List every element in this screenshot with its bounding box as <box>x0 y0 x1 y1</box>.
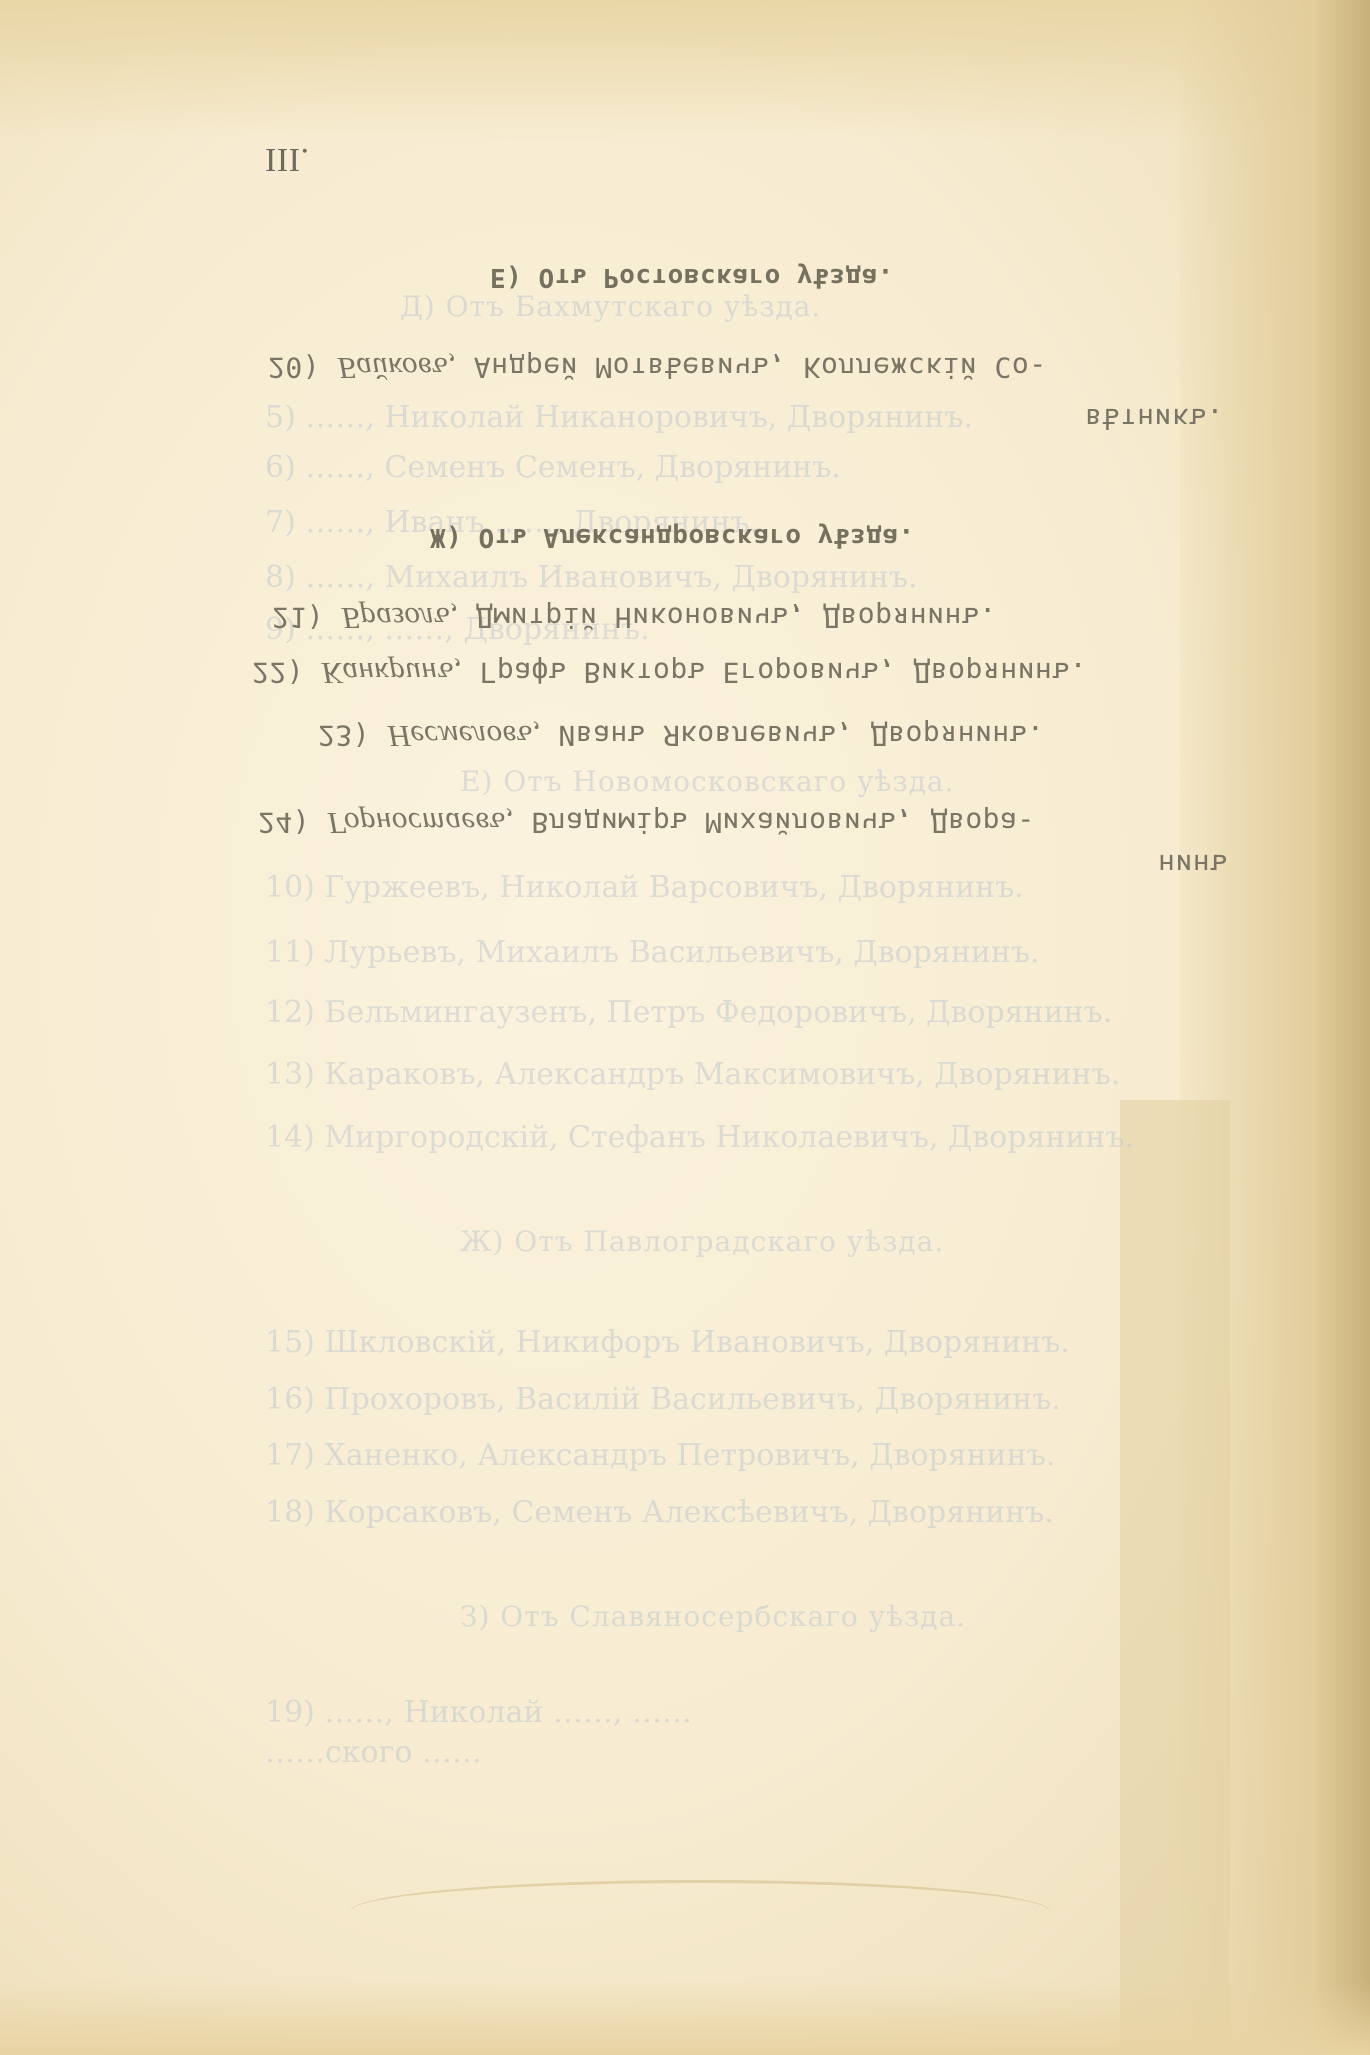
bleed-line: ……ского …… <box>265 1735 482 1770</box>
bleed-line: 16) Прохоровъ, Василій Васильевичъ, Двор… <box>265 1382 1061 1417</box>
bleed-line: 8) ……, Михаилъ Ивановичъ, Дворянинъ. <box>265 560 918 595</box>
bleed-line: 19) ……, Николай ……, …… <box>265 1695 692 1730</box>
list-item-20: 20) Байковъ, Андрей Мотвѣевичъ, Коллежск… <box>268 350 1047 386</box>
list-item-24: 24) Горностаевъ, Владиміръ Михайловичъ, … <box>258 805 1035 841</box>
bleed-heading-3: Ж) Отъ Павлоградскаго уѣзда. <box>460 1225 944 1258</box>
bleed-heading-4: З) Отъ Славяносербскаго уѣзда. <box>460 1600 966 1633</box>
list-item-20-cont: вѣтникъ. <box>1085 402 1224 435</box>
paper-bottom-edge <box>0 1980 1370 2055</box>
paper-overlap-panel <box>1120 1100 1230 2055</box>
bleed-line: 17) Ханенко, Александръ Петровичъ, Дворя… <box>265 1438 1055 1473</box>
bleed-line: 13) Караковъ, Александръ Максимовичъ, Дв… <box>265 1057 1120 1092</box>
bleed-line: 18) Корсаковъ, Семенъ Алексѣевичъ, Дворя… <box>265 1495 1054 1530</box>
bleed-line: 12) Бельмингаузенъ, Петръ Федоровичъ, Дв… <box>265 995 1112 1030</box>
bleed-heading-1: Д) Отъ Бахмутскаго уѣзда. <box>400 290 821 323</box>
bleed-line: 14) Миргородскій, Стефанъ Николаевичъ, Д… <box>265 1120 1134 1155</box>
bleed-line: 6) ……, Семенъ Семенъ, Дворянинъ. <box>265 450 841 485</box>
list-item-22: 22) Канкринъ, Графъ Викторъ Егоровичъ, Д… <box>252 655 1087 691</box>
bleed-line: 15) Шкловскій, Никифоръ Ивановичъ, Дворя… <box>265 1325 1070 1360</box>
page-number: III. <box>265 140 309 178</box>
bleed-line: 5) ……, Николай Никаноровичъ, Дворянинъ. <box>265 400 973 435</box>
list-item-21: 21) Бразолъ, Дмитрій Никоновичъ, Дворяни… <box>272 600 997 636</box>
bleed-line: 11) Лурьевъ, Михаилъ Васильевичъ, Дворян… <box>265 935 1039 970</box>
bleed-heading-2: Е) Отъ Новомосковскаго уѣзда. <box>460 765 955 798</box>
list-item-23: 23) Несмеловъ, Иванъ Яковлевичъ, Дворяни… <box>318 718 1044 754</box>
section-heading-aleksandrov: Ж) Отъ Александровскаго уѣзда. <box>430 522 915 552</box>
list-item-24-cont: нинъ <box>1158 848 1227 881</box>
paper-top-edge <box>0 0 1370 140</box>
bleed-line: 10) Гуржеевъ, Николай Варсовичъ, Дворяни… <box>265 870 1024 905</box>
section-heading-rostov: Е) Отъ Ростовскаго уѣзда. <box>490 262 894 292</box>
water-stain <box>350 1880 1050 1943</box>
scanned-page: Д) Отъ Бахмутскаго уѣзда. 5) ……, Николай… <box>0 0 1370 2055</box>
